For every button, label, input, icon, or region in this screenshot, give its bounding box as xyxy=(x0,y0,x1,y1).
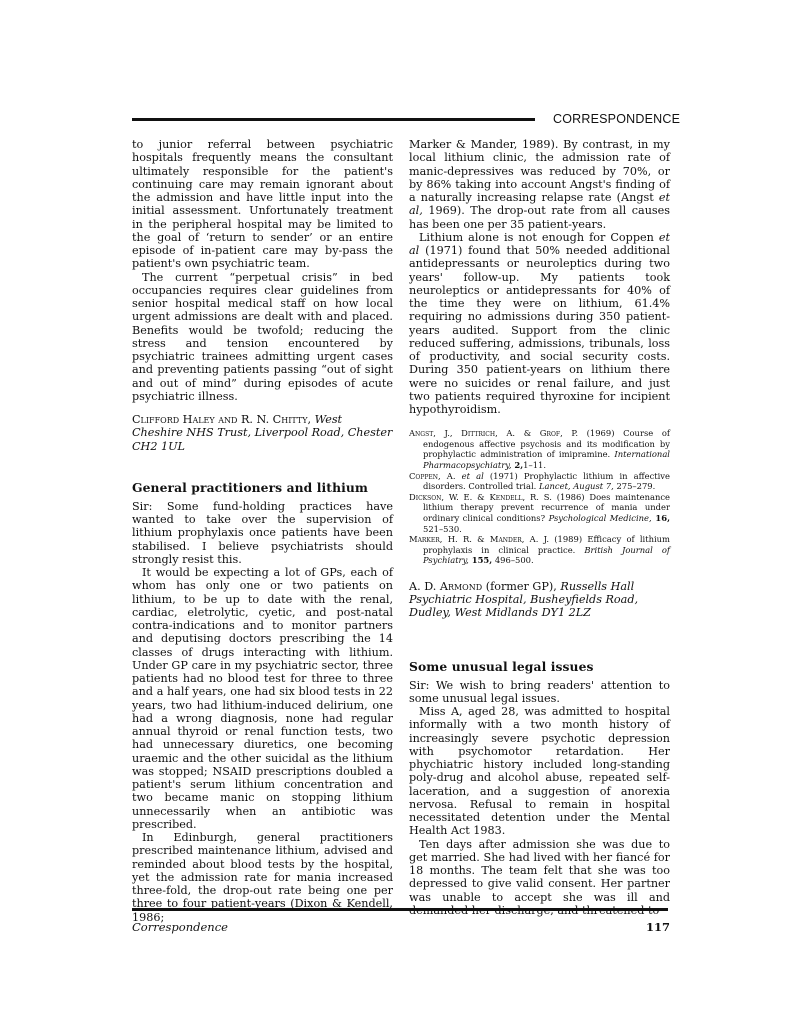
reference-list: Angst, J., Dittrich, A. & Grof, P. (1969… xyxy=(409,428,670,566)
signature-role: (former GP), xyxy=(482,580,560,593)
paragraph: Ten days after admission she was due to … xyxy=(409,838,670,918)
reference-pages: 275–279. xyxy=(614,481,655,491)
reference-journal: Psychological Medicine, xyxy=(549,513,652,523)
reference-etal: et al xyxy=(456,471,484,481)
text-run: (1971) found that 50% needed additional … xyxy=(409,244,670,416)
reference-item: Coppen, A. et al (1971) Prophylactic lit… xyxy=(409,471,670,492)
reference-authors: Angst, J., Dittrich, A. & Grof, P. xyxy=(409,428,578,438)
reference-authors: Coppen, A. xyxy=(409,471,456,481)
letter-signature: A. D. Armond (former GP), Russells Hall … xyxy=(409,580,670,620)
right-column: Marker & Mander, 1989). By contrast, in … xyxy=(409,138,670,917)
reference-item: Marker, H. R. & Mander, A. J. (1989) Eff… xyxy=(409,534,670,566)
reference-volume: 2, xyxy=(512,460,524,470)
section-heading: Some unusual legal issues xyxy=(409,660,670,674)
paragraph: Miss A, aged 28, was admitted to hospita… xyxy=(409,705,670,838)
reference-volume: 16, xyxy=(652,513,670,523)
reference-journal: Lancet, August 7, xyxy=(539,481,614,491)
footer-rule xyxy=(132,908,668,911)
paragraph: It would be expecting a lot of GPs, each… xyxy=(132,566,393,831)
signature-author: A. D. Armond xyxy=(409,580,482,593)
reference-pages: 521–530. xyxy=(423,524,462,534)
header-rule xyxy=(132,118,535,121)
reference-item: Dickson, W. E. & Kendell, R. S. (1986) D… xyxy=(409,492,670,534)
footer-section-label: Correspondence xyxy=(132,920,228,934)
reference-pages: 496–500. xyxy=(492,555,533,565)
text-run: 1969). The drop-out rate from all causes… xyxy=(409,204,670,230)
paragraph: Marker & Mander, 1989). By contrast, in … xyxy=(409,138,670,231)
paragraph: Sir: We wish to bring readers' attention… xyxy=(409,679,670,706)
text-run: Marker & Mander, 1989). By contrast, in … xyxy=(409,138,670,204)
paragraph: The current “perpetual crisis” in bed oc… xyxy=(132,271,393,404)
running-head: CORRESPONDENCE xyxy=(553,112,680,126)
reference-volume: 155, xyxy=(469,555,492,565)
paragraph: Sir: Some fund-holding practices have wa… xyxy=(132,500,393,566)
letter-signature: Clifford Haley and R. N. Chitty, West Ch… xyxy=(132,413,393,453)
text-run: Lithium alone is not enough for Coppen xyxy=(419,231,659,244)
page-number: 117 xyxy=(646,920,670,934)
signature-authors: Clifford Haley and R. N. Chitty, xyxy=(132,413,311,426)
paragraph: to junior referral between psychiatric h… xyxy=(132,138,393,271)
reference-authors: Marker, H. R. & Mander, A. J. xyxy=(409,534,549,544)
reference-pages: 1–11. xyxy=(523,460,546,470)
paragraph: Lithium alone is not enough for Coppen e… xyxy=(409,231,670,417)
left-column: to junior referral between psychiatric h… xyxy=(132,138,393,924)
section-heading: General practitioners and lithium xyxy=(132,481,393,495)
reference-item: Angst, J., Dittrich, A. & Grof, P. (1969… xyxy=(409,428,670,470)
reference-authors: Dickson, W. E. & Kendell, R. S. xyxy=(409,492,552,502)
